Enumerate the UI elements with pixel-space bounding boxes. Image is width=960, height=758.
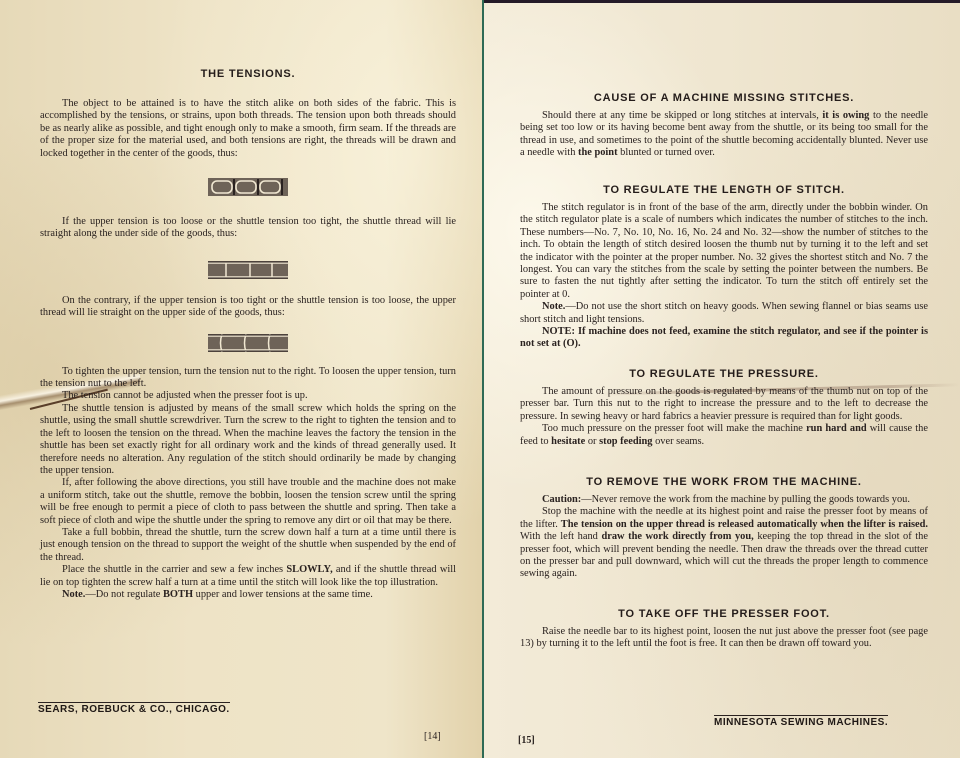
section-title-presser-foot: TO TAKE OFF THE PRESSER FOOT.	[520, 608, 928, 620]
publisher-footer: SEARS, ROEBUCK & CO., CHICAGO.	[38, 702, 230, 715]
pressure-warning-text: Too much pressure on the presser foot wi…	[520, 423, 928, 448]
full-bobbin-text: Take a full bobbin, thread the shuttle, …	[40, 527, 456, 564]
shuttle-tension-text: The shuttle tension is adjusted by means…	[40, 403, 456, 477]
remove-work-text: Stop the machine with the needle at its …	[520, 506, 928, 580]
remove-work-caution: Caution:—Never remove the work from the …	[520, 494, 928, 506]
stitch-length-note-2: NOTE: If machine does not feed, examine …	[520, 326, 928, 351]
page-number: [14]	[424, 731, 441, 742]
upper-tight-text: On the contrary, if the upper tension is…	[40, 295, 456, 320]
presser-foot-section: TO TAKE OFF THE PRESSER FOOT. Raise the …	[520, 608, 928, 651]
book-spread: THE TENSIONS. The object to be attained …	[0, 0, 960, 758]
tensions-intro: The object to be attained is to have the…	[40, 98, 456, 160]
tighten-loosen-text: To tighten the upper tension, turn the t…	[40, 366, 456, 391]
tensions-section: THE TENSIONS. The object to be attained …	[40, 68, 456, 601]
page-14: THE TENSIONS. The object to be attained …	[0, 0, 482, 758]
section-title-stitch-length: TO REGULATE THE LENGTH OF STITCH.	[520, 184, 928, 196]
troubleshoot-text: If, after following the above directions…	[40, 477, 456, 527]
pressure-text: The amount of pressure on the goods is r…	[520, 386, 928, 423]
stitch-balanced-illustration	[208, 176, 288, 198]
stitch-length-section: TO REGULATE THE LENGTH OF STITCH. The st…	[520, 184, 928, 351]
page-number: [15]	[518, 735, 535, 746]
stitch-upper-tight-illustration	[208, 332, 288, 354]
upper-loose-text: If the upper tension is too loose or the…	[40, 216, 456, 241]
presser-foot-up-text: The tension cannot be adjusted when the …	[40, 390, 456, 402]
stitch-length-text: The stitch regulator is in front of the …	[520, 202, 928, 301]
missing-stitches-section: CAUSE OF A MACHINE MISSING STITCHES. Sho…	[520, 92, 928, 160]
brand-footer: MINNESOTA SEWING MACHINES.	[714, 715, 888, 728]
presser-foot-text: Raise the needle bar to its highest poin…	[520, 626, 928, 651]
missing-stitches-text: Should there at any time be skipped or l…	[520, 110, 928, 160]
place-shuttle-text: Place the shuttle in the carrier and sew…	[40, 564, 456, 589]
tensions-note: Note.—Do not regulate BOTH upper and low…	[40, 589, 456, 601]
section-title-remove-work: TO REMOVE THE WORK FROM THE MACHINE.	[520, 476, 928, 488]
stitch-upper-loose-illustration	[208, 259, 288, 281]
section-title-missing-stitches: CAUSE OF A MACHINE MISSING STITCHES.	[520, 92, 928, 104]
pressure-section: TO REGULATE THE PRESSURE. The amount of …	[520, 368, 928, 448]
section-title-pressure: TO REGULATE THE PRESSURE.	[520, 368, 928, 380]
scan-edge	[484, 0, 960, 3]
stitch-length-note: Note.—Do not use the short stitch on hea…	[520, 301, 928, 326]
page-15: CAUSE OF A MACHINE MISSING STITCHES. Sho…	[484, 2, 960, 758]
section-title-tensions: THE TENSIONS.	[40, 68, 456, 80]
remove-work-section: TO REMOVE THE WORK FROM THE MACHINE. Cau…	[520, 476, 928, 581]
